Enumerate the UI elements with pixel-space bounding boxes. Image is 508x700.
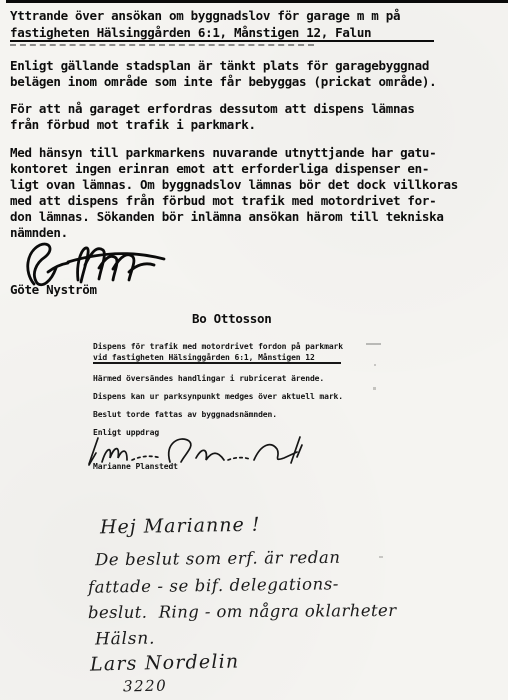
paragraph-line: Enligt gällande stadsplan är tänkt plats…	[10, 58, 436, 74]
handwritten-note-closing: Hälsn.	[95, 628, 156, 649]
paragraph-line: Med hänsyn till parkmarkens nuvarande ut…	[10, 145, 458, 161]
memo-body: Härmed översändes handlingar i rubricera…	[93, 370, 343, 442]
memo-line: Härmed översändes handlingar i rubricera…	[93, 370, 343, 388]
letter-paragraph-2: För att nå garaget erfordras dessutom at…	[10, 101, 415, 133]
scanned-letter-page: Yttrande över ansökan om byggnadslov för…	[0, 0, 508, 700]
memo-line: Dispens kan ur parksynpunkt medges över …	[93, 388, 343, 406]
handwritten-signature-lars: Lars Nordelin	[90, 650, 240, 675]
scan-artifact-dot	[374, 364, 376, 366]
memo-line: Beslut torde fattas av byggnadsnämnden.	[93, 406, 343, 424]
letter-title-line-1: Yttrande över ansökan om byggnadslov för…	[10, 8, 400, 24]
title-underline	[10, 40, 434, 42]
handwritten-number: 3220	[123, 677, 167, 696]
paragraph-line: kontoret ingen erinran emot att erforder…	[10, 161, 458, 177]
paragraph-line: ligt ovan lämnas. Om byggnadslov lämnas …	[10, 177, 458, 193]
signer-name-bo: Bo Ottosson	[192, 311, 271, 327]
letter-title-line-2: fastigheten Hälsinggården 6:1, Månstigen…	[10, 25, 371, 41]
paragraph-line: belägen inom område som inte får bebygga…	[10, 74, 436, 90]
scan-top-edge-line	[6, 0, 508, 3]
letter-paragraph-3: Med hänsyn till parkmarkens nuvarande ut…	[10, 145, 458, 241]
signer-name-gote: Göte Nyström	[10, 282, 97, 298]
handwritten-note-line-3: fattade - se bif. delegations-	[88, 574, 339, 597]
title-underline-artifact	[10, 44, 314, 46]
scan-artifact-dot	[379, 556, 383, 558]
handwritten-note-line-2: De beslut som erf. är redan	[95, 548, 341, 570]
paragraph-line: med att dispens från förbud mot trafik m…	[10, 193, 458, 209]
signer-name-marianne: Marianne Planstedt	[93, 461, 178, 472]
handwritten-note-line-1: Hej Marianne !	[100, 514, 261, 539]
letter-paragraph-1: Enligt gällande stadsplan är tänkt plats…	[10, 58, 436, 90]
memo-title-line-1: Dispens för trafik med motordrivet fordo…	[93, 341, 343, 352]
handwritten-note-line-4: beslut. Ring - om några oklarheter	[88, 601, 397, 622]
paragraph-line: För att nå garaget erfordras dessutom at…	[10, 101, 415, 117]
paragraph-line: från förbud mot trafik i parkmark.	[10, 117, 415, 133]
scan-artifact-dot	[373, 387, 376, 390]
paragraph-line: don lämnas. Sökanden bör inlämna ansökan…	[10, 209, 458, 225]
memo-title-underline	[93, 362, 341, 364]
scan-artifact-dash	[366, 343, 381, 345]
